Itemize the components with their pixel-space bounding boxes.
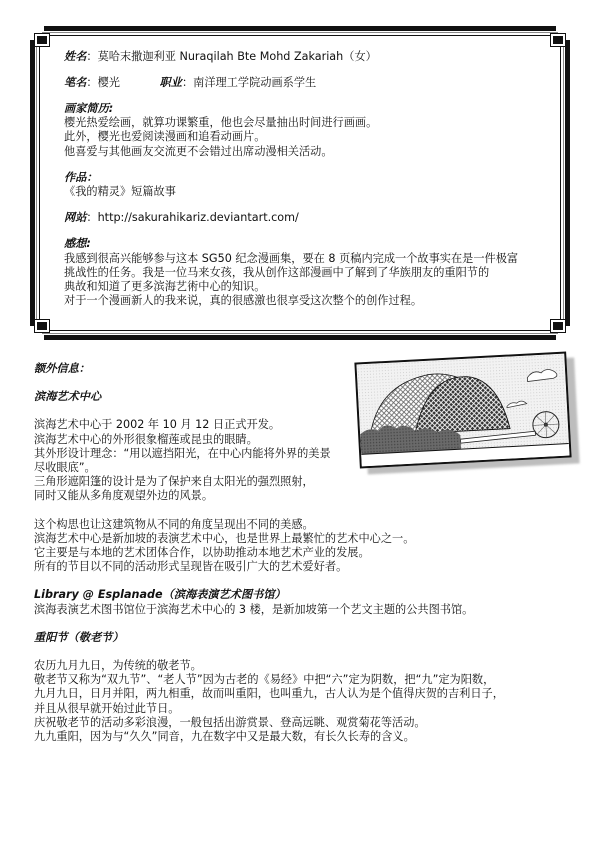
library-title: Library @ Esplanade（滨海表演艺术图书馆） — [34, 588, 574, 602]
job-value: 南洋理工学院动画系学生 — [193, 76, 316, 89]
works-label: 作品： — [64, 171, 554, 185]
frame-border-left — [30, 40, 35, 326]
frame-border-right — [565, 40, 570, 326]
spacer — [34, 617, 574, 631]
bio-label: 画家简历: — [64, 102, 554, 116]
thoughts-label: 感想: — [64, 237, 554, 251]
text-line: 庆祝敬老节的活动多彩浪漫，一般包括出游赏景、登高远眺、观赏菊花等活动。 — [34, 716, 574, 730]
frame-corner-ornament — [35, 34, 49, 46]
thoughts-line: 对于一个漫画新人的我来说，真的很感激也很享受这次整个的创作过程。 — [64, 294, 554, 308]
frame-border-top — [44, 26, 556, 31]
thoughts-line: 我感到很高兴能够参与这本 SG50 纪念漫画集，要在 8 页稿内完成一个故事实在… — [64, 252, 554, 266]
text-line: 所有的节目以不同的活动形式呈现皆在吸引广大的艺术爱好者。 — [34, 560, 574, 574]
separator: ： — [86, 211, 97, 224]
separator: ： — [86, 50, 97, 63]
extra-info: 额外信息： 滨海艺术中心 滨海艺术中心于 2002 年 10 月 12 日正式开… — [34, 362, 574, 744]
bio-line: 他喜爱与其他画友交流更不会错过出席动漫相关活动。 — [64, 145, 554, 159]
text-line: 滨海艺术中心的外形很象榴莲或昆虫的眼睛。 — [34, 433, 574, 447]
text-line: 三角形遮阳篷的设计是为了保护来自太阳光的强烈照射， — [34, 475, 574, 489]
esplanade-paragraph-2: 这个构思也让这建筑物从不同的角度呈现出不同的美感。 滨海艺术中心是新加坡的表演艺… — [34, 518, 574, 575]
works-value: 《我的精灵》短篇故事 — [64, 185, 554, 199]
text-line: 并且从很早就开始过此节日。 — [34, 702, 574, 716]
website-label: 网站 — [64, 211, 86, 224]
chongyang-paragraph: 农历九月九日，为传统的敬老节。 敬老节又称为“双九节”、“老人节”因为古老的《易… — [34, 659, 574, 744]
frame-border-bottom — [44, 335, 556, 340]
separator: ： — [182, 76, 193, 89]
bio-line: 此外，樱光也爱阅读漫画和追看动画片。 — [64, 130, 554, 144]
text-line: 尽收眼底”。 — [34, 461, 574, 475]
works-section: 作品： 《我的精灵》短篇故事 — [64, 171, 554, 199]
name-label: 姓名 — [64, 50, 86, 63]
text-line: 敬老节又称为“双九节”、“老人节”因为古老的《易经》中把“六”定为阴数，把“九”… — [34, 673, 574, 687]
name-row: 姓名：莫哈末撒迦利亚 Nuraqilah Bte Mohd Zakariah（女… — [64, 50, 554, 64]
pen-name-row: 笔名：樱光 职业：南洋理工学院动画系学生 — [64, 76, 554, 90]
text-line: 其外形设计理念：“用以遮挡阳光，在中心内能将外界的美景 — [34, 447, 574, 461]
extra-info-heading: 额外信息： — [34, 362, 574, 376]
esplanade-paragraph-1: 滨海艺术中心于 2002 年 10 月 12 日正式开发。 滨海艺术中心的外形很… — [34, 418, 574, 503]
spacer — [34, 504, 574, 518]
spacer — [34, 376, 574, 390]
artist-profile: 姓名：莫哈末撒迦利亚 Nuraqilah Bte Mohd Zakariah（女… — [64, 50, 554, 320]
bio-line: 樱光热爱绘画，就算功课繁重，他也会尽量抽出时间进行画画。 — [64, 116, 554, 130]
website-section: 网站：http://sakurahikariz.deviantart.com/ — [64, 211, 554, 225]
thoughts-line: 典故和知道了更多滨海艺術中心的知识。 — [64, 280, 554, 294]
job-group: 职业：南洋理工学院动画系学生 — [160, 76, 317, 89]
spacer — [34, 404, 574, 418]
chongyang-title: 重阳节（敬老节） — [34, 631, 574, 645]
pen-name-value: 樱光 — [98, 76, 120, 89]
frame-corner-ornament — [35, 320, 49, 332]
text-line: 农历九月九日，为传统的敬老节。 — [34, 659, 574, 673]
text-line: 九月九日，日月并阳，两九相重，故而叫重阳，也叫重九，古人认为是个值得庆贺的吉利日… — [34, 687, 574, 701]
frame-corner-ornament — [551, 320, 565, 332]
text-line: 这个构思也让这建筑物从不同的角度呈现出不同的美感。 — [34, 518, 574, 532]
text-line: 滨海艺术中心于 2002 年 10 月 12 日正式开发。 — [34, 418, 574, 432]
text-line: 它主要是与本地的艺术团体合作，以协助推动本地艺术产业的发展。 — [34, 546, 574, 560]
spacer — [34, 645, 574, 659]
separator: ： — [86, 76, 97, 89]
spacer — [34, 574, 574, 588]
thoughts-line: 挑战性的任务。我是一位马来女孩，我从创作这部漫画中了解到了华族朋友的重阳节的 — [64, 266, 554, 280]
job-label: 职业 — [160, 76, 182, 89]
library-text: 滨海表演艺术图书馆位于滨海艺术中心的 3 楼，是新加坡第一个艺文主题的公共图书馆… — [34, 603, 574, 617]
website-link[interactable]: http://sakurahikariz.deviantart.com/ — [98, 211, 299, 224]
esplanade-title: 滨海艺术中心 — [34, 390, 574, 404]
bio-section: 画家简历: 樱光热爱绘画，就算功课繁重，他也会尽量抽出时间进行画画。 此外，樱光… — [64, 102, 554, 159]
frame-corner-ornament — [551, 34, 565, 46]
pen-name-label: 笔名 — [64, 76, 86, 89]
text-line: 九九重阳，因为与“久久”同音，九在数字中又是最大数，有长久长寿的含义。 — [34, 730, 574, 744]
thoughts-section: 感想: 我感到很高兴能够参与这本 SG50 纪念漫画集，要在 8 页稿内完成一个… — [64, 237, 554, 308]
text-line: 同时又能从多角度观望外边的风景。 — [34, 489, 574, 503]
text-line: 滨海艺术中心是新加坡的表演艺术中心，也是世界上最繁忙的艺术中心之一。 — [34, 532, 574, 546]
name-value: 莫哈末撒迦利亚 Nuraqilah Bte Mohd Zakariah（女） — [98, 50, 377, 63]
